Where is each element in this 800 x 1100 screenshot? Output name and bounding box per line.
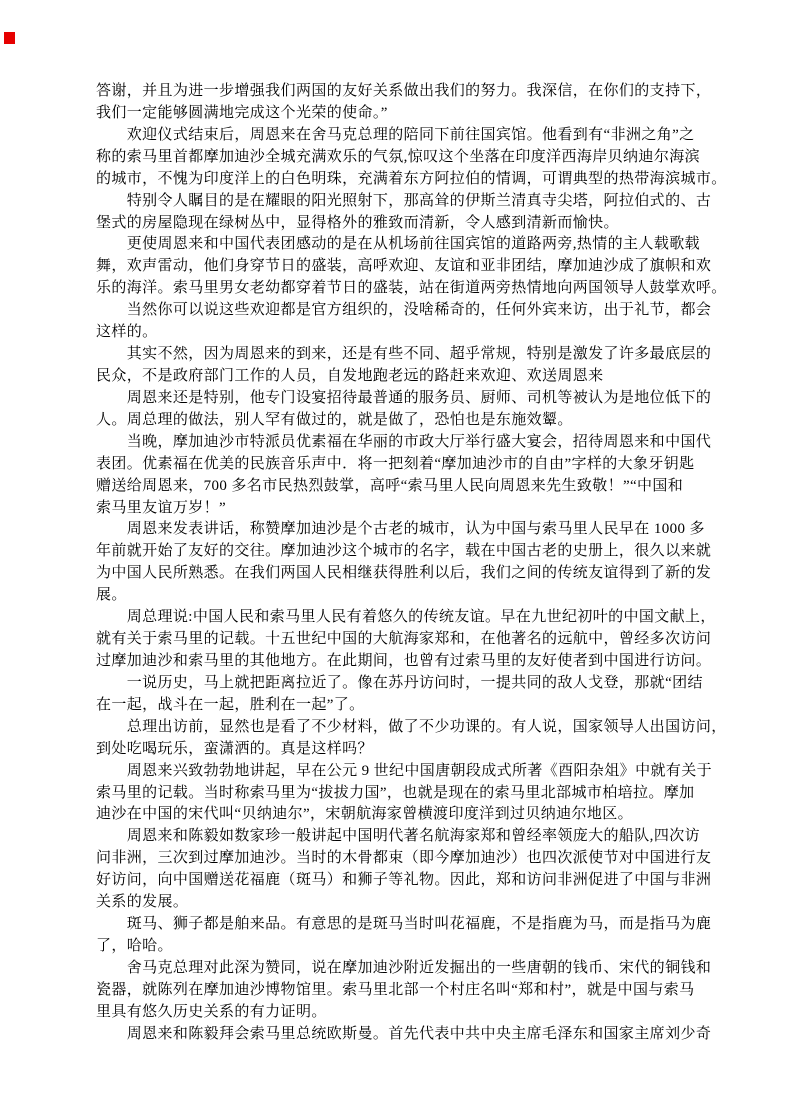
text-line: 索马里的记载。当时称索马里为“拔拔力国”，也就是现在的索马里北部城市柏培拉。摩加 xyxy=(96,783,718,805)
text-line: 迪沙在中国的宋代叫“贝纳迪尔”，宋朝航海家曾横渡印度洋到过贝纳迪尔地区。 xyxy=(96,804,718,826)
text-line: 堡式的房屋隐现在绿树丛中，显得格外的雅致而清新，令人感到清新而愉快。 xyxy=(96,213,718,235)
text-line: 到处吃喝玩乐，蛮潇洒的。真是这样吗？ xyxy=(96,739,718,761)
text-line: 瓷器，就陈列在摩加迪沙博物馆里。索马里北部一个村庄名叫“郑和村”，就是中国与索马 xyxy=(96,980,718,1002)
text-line: 我们一定能够圆满地完成这个光荣的使命。” xyxy=(96,103,718,125)
text-line: 人。周总理的做法，别人罕有做过的，就是做了，恐怕也是东施效颦。 xyxy=(96,410,718,432)
text-line: 周恩来还是特别，他专门设宴招待最普通的服务员、厨师、司机等被认为是地位低下的 xyxy=(96,388,718,410)
text-line: 民众，不是政府部门工作的人员，自发地跑老远的路赶来欢迎、欢送周恩来 xyxy=(96,366,718,388)
text-line: 称的索马里首都摩加迪沙全城充满欢乐的气氛,惊叹这个坐落在印度洋西海岸贝纳迪尔海滨 xyxy=(96,147,718,169)
text-line: 乐的海洋。索马里男女老幼都穿着节日的盛装，站在街道两旁热情地向两国领导人鼓掌欢呼… xyxy=(96,278,718,300)
text-line: 当然你可以说这些欢迎都是官方组织的，没啥稀奇的，任何外宾来访，出于礼节，都会 xyxy=(96,300,718,322)
text-line: 更使周恩来和中国代表团感动的是在从机场前往国宾馆的道路两旁,热情的主人载歌载 xyxy=(96,234,718,256)
text-line: 其实不然，因为周恩来的到来，还是有些不同、超乎常规，特别是激发了许多最底层的 xyxy=(96,344,718,366)
text-line: 关系的发展。 xyxy=(96,892,718,914)
text-line: 欢迎仪式结束后，周恩来在舍马克总理的陪同下前往国宾馆。他看到有“非洲之角”之 xyxy=(96,125,718,147)
text-line: 答谢，并且为进一步增强我们两国的友好关系做出我们的努力。我深信，在你们的支持下， xyxy=(96,81,718,103)
text-line: 斑马、狮子都是舶来品。有意思的是斑马当时叫花福鹿，不是指鹿为马，而是指马为鹿 xyxy=(96,914,718,936)
text-line: 年前就开始了友好的交往。摩加迪沙这个城市的名字，载在中国古老的史册上，很久以来就 xyxy=(96,541,718,563)
text-line: 好访问，向中国赠送花福鹿（斑马）和狮子等礼物。因此，郑和访问非洲促进了中国与非洲 xyxy=(96,870,718,892)
text-line: 周恩来兴致勃勃地讲起，早在公元 9 世纪中国唐朝段成式所著《酉阳杂俎》中就有关于 xyxy=(96,761,718,783)
text-line: 周恩来发表讲话，称赞摩加迪沙是个古老的城市，认为中国与索马里人民早在 1000 … xyxy=(96,519,718,541)
text-line: 表团。优素福在优美的民族音乐声中．将一把刻着“摩加迪沙市的自由”字样的大象牙钥匙 xyxy=(96,454,718,476)
text-line: 为中国人民所熟悉。在我们两国人民相继获得胜利以后，我们之间的传统友谊得到了新的发 xyxy=(96,563,718,585)
text-line: 索马里友谊万岁！” xyxy=(96,498,718,520)
text-line: 的城市，不愧为印度洋上的白色明珠，充满着东方阿拉伯的情调，可谓典型的热带海滨城市… xyxy=(96,169,718,191)
text-line: 周恩来和陈毅如数家珍一般讲起中国明代著名航海家郑和曾经率领庞大的船队,四次访 xyxy=(96,826,718,848)
text-line: 展。 xyxy=(96,585,718,607)
text-line: 一说历史，马上就把距离拉近了。像在苏丹访问时，一提共同的敌人戈登，那就“团结 xyxy=(96,673,718,695)
text-line: 舍马克总理对此深为赞同，说在摩加迪沙附近发掘出的一些唐朝的钱币、宋代的铜钱和 xyxy=(96,958,718,980)
text-line: 这样的。 xyxy=(96,322,718,344)
text-line: 在一起，战斗在一起，胜利在一起”了。 xyxy=(96,695,718,717)
text-line: 赠送给周恩来，700 多名市民热烈鼓掌，高呼“索马里人民向周恩来先生致敬！”“中… xyxy=(96,476,718,498)
text-line: 舞，欢声雷动，他们身穿节日的盛装，高呼欢迎、友谊和亚非团结，摩加迪沙成了旗帜和欢 xyxy=(96,256,718,278)
text-line: 问非洲，三次到过摩加迪沙。当时的木骨都束（即今摩加迪沙）也四次派使节对中国进行友 xyxy=(96,848,718,870)
text-line: 就有关于索马里的记载。十五世纪中国的大航海家郑和，在他著名的远航中，曾经多次访问 xyxy=(96,629,718,651)
red-marker xyxy=(4,32,15,44)
text-block: 答谢，并且为进一步增强我们两国的友好关系做出我们的努力。我深信，在你们的支持下，… xyxy=(96,81,718,1046)
text-line: 周恩来和陈毅拜会索马里总统欧斯曼。首先代表中共中央主席毛泽东和国家主席刘少奇 xyxy=(96,1024,718,1046)
text-line: 里具有悠久历史关系的有力证明。 xyxy=(96,1002,718,1024)
text-line: 总理出访前，显然也是看了不少材料，做了不少功课的。有人说，国家领导人出国访问， xyxy=(96,717,718,739)
text-line: 周总理说:中国人民和索马里人民有着悠久的传统友谊。早在九世纪初叶的中国文献上， xyxy=(96,607,718,629)
text-line: 特别令人瞩目的是在耀眼的阳光照射下，那高耸的伊斯兰清真寺尖塔，阿拉伯式的、古 xyxy=(96,191,718,213)
document-page: 答谢，并且为进一步增强我们两国的友好关系做出我们的努力。我深信，在你们的支持下，… xyxy=(0,0,800,1100)
text-line: 过摩加迪沙和索马里的其他地方。在此期间，也曾有过索马里的友好使者到中国进行访问。 xyxy=(96,651,718,673)
text-line: 当晚，摩加迪沙市特派员优素福在华丽的市政大厅举行盛大宴会，招待周恩来和中国代 xyxy=(96,432,718,454)
text-line: 了，哈哈。 xyxy=(96,936,718,958)
